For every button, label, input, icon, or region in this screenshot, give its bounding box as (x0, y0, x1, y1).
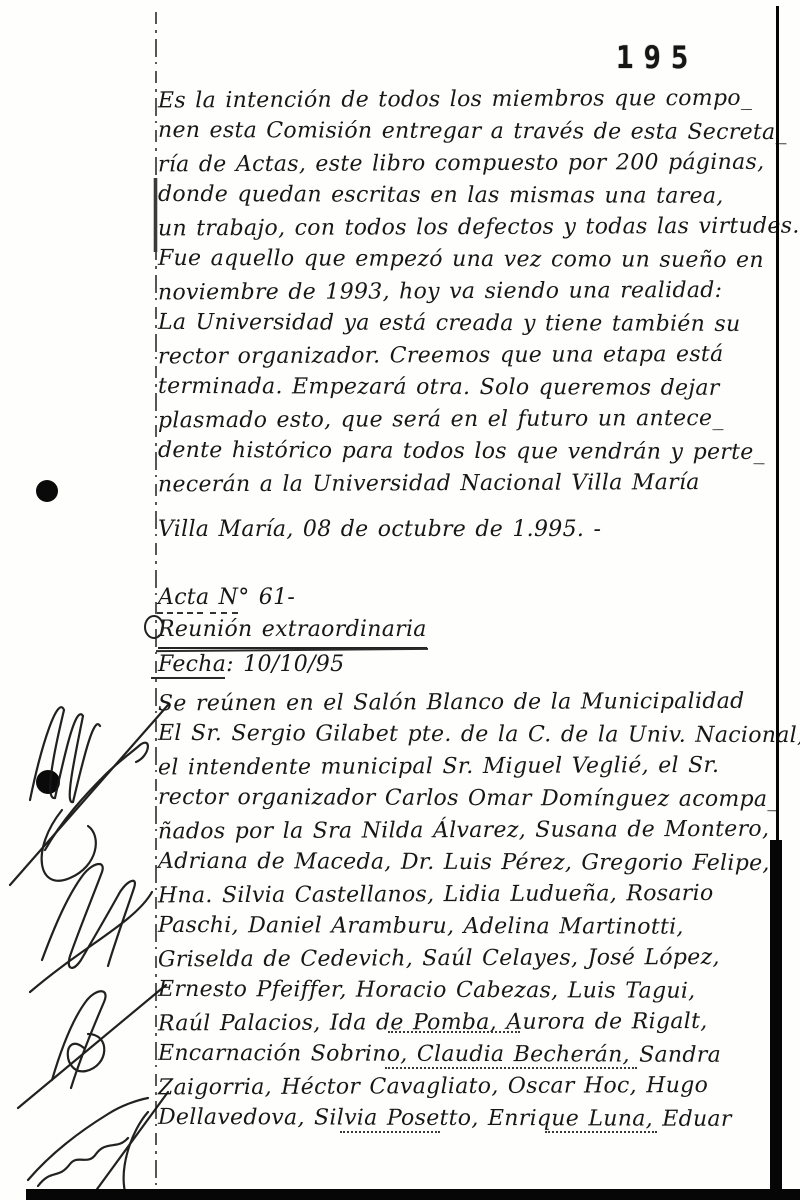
handwritten-line: ñados por la Sra Nilda Álvarez, Susana d… (158, 814, 794, 849)
handwritten-line: El Sr. Sergio Gilabet pte. de la C. de l… (158, 718, 794, 752)
handwritten-line: noviembre de 1993, hoy va siendo una rea… (158, 275, 794, 310)
handwritten-line: nen esta Comisión entregar a través de e… (158, 115, 794, 149)
handwritten-line: La Universidad ya está creada y tiene ta… (158, 307, 794, 341)
handwritten-line: Ernesto Pfeiffer, Horacio Cabezas, Luis … (158, 974, 794, 1008)
handwritten-line: Hna. Silvia Castellanos, Lidia Ludueña, … (158, 878, 794, 913)
signature-scrawl-2 (30, 864, 152, 992)
handwritten-line: necerán a la Universidad Nacional Villa … (158, 467, 794, 502)
handwritten-line: Raúl Palacios, Ida de Pomba, Aurora de R… (158, 1006, 794, 1041)
handwritten-line: rector organizador. Creemos que una etap… (158, 339, 794, 374)
acta-type-underlined-text: Reunión extraordinaria (158, 614, 427, 649)
scan-edge-right (770, 840, 782, 1200)
place-date-line: Villa María, 08 de octubre de 1.995. - (158, 514, 794, 546)
signature-scrawl-4 (28, 1092, 168, 1196)
margin-rule (156, 12, 157, 1190)
scanned-document-page: 195 Es la intención de todos los miembro… (0, 0, 800, 1200)
handwritten-line: Zaigorria, Héctor Cavagliato, Oscar Hoc,… (158, 1070, 794, 1105)
handwritten-line: dente histórico para todos los que vendr… (158, 435, 794, 469)
handwritten-line: Se reúnen en el Salón Blanco de la Munic… (158, 686, 794, 721)
handwritten-line: terminada. Empezará otra. Solo queremos … (158, 371, 794, 405)
signature-scrawl-3 (18, 985, 166, 1108)
scan-edge-right (776, 6, 779, 844)
handwritten-line: Fue aquello que empezó una vez como un s… (158, 243, 794, 277)
handwritten-line: Dellavedova, Silvia Posetto, Enrique Lun… (158, 1102, 794, 1136)
handwritten-line: ría de Actas, este libro compuesto por 2… (158, 147, 794, 182)
handwritten-line: Es la intención de todos los miembros qu… (158, 83, 794, 118)
ink-dot (36, 480, 58, 502)
left-margin-overlay (0, 0, 190, 1200)
body-paragraph: Es la intención de todos los miembros qu… (158, 84, 794, 500)
handwritten-line: rector organizador Carlos Omar Domínguez… (158, 782, 794, 816)
acta-date-line: Fecha: 10/10/95 (158, 649, 794, 681)
signature-scrawl-1 (10, 705, 168, 885)
pen-circle-flourish (145, 616, 163, 638)
underline-mark (210, 612, 238, 614)
underline-mark (545, 1131, 657, 1133)
handwritten-line: donde quedan escritas en las mismas una … (158, 179, 794, 213)
handwritten-line: el intendente municipal Sr. Miguel Vegli… (158, 750, 794, 785)
page-number-stamp: 195 (616, 39, 698, 76)
acta-number-line: Acta N° 61- (158, 582, 794, 614)
acta-heading-block: Acta N° 61- Reunión extraordinaria Fecha… (158, 582, 794, 681)
underline-mark (385, 1067, 637, 1069)
scan-edge-bottom (26, 1189, 800, 1200)
handwritten-line: Paschi, Daniel Aramburu, Adelina Martino… (158, 910, 794, 944)
underline-mark (340, 1131, 440, 1133)
handwritten-line: un trabajo, con todos los defectos y tod… (158, 211, 794, 246)
acta-type-line: Reunión extraordinaria (158, 614, 794, 649)
underline-mark (388, 1031, 520, 1033)
handwritten-content: Es la intención de todos los miembros qu… (158, 84, 794, 1135)
handwritten-line: Griselda de Cedevich, Saúl Celayes, José… (158, 942, 794, 977)
handwritten-line: plasmado esto, que será en el futuro un … (158, 403, 794, 438)
handwritten-line: Adriana de Maceda, Dr. Luis Pérez, Grego… (158, 846, 794, 880)
